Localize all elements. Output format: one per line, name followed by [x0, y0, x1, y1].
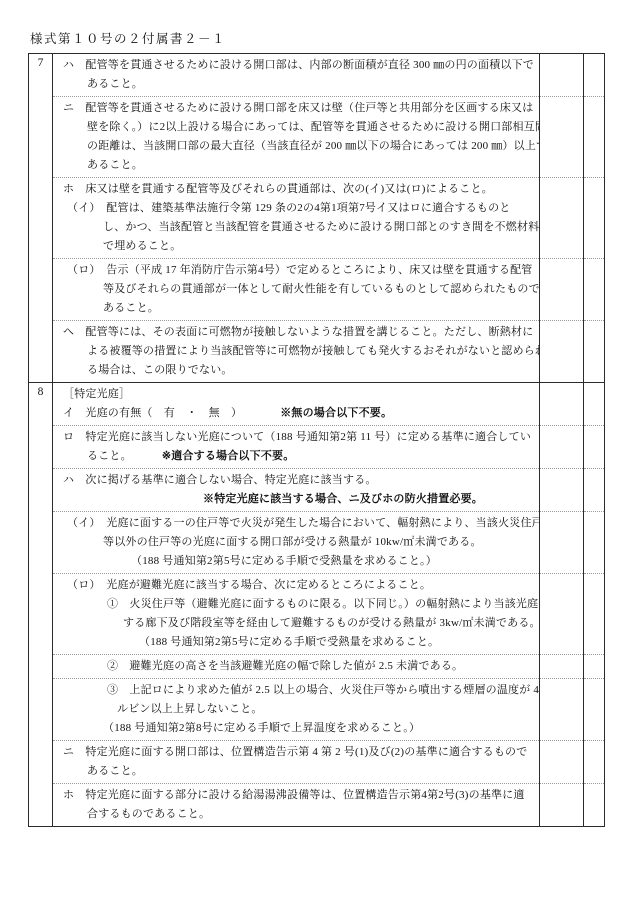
item-number: 7: [29, 54, 53, 383]
table-row: （イ） 光庭に面する一の住戸等で火災が発生した場合において、輻射熱により、当該火…: [29, 512, 605, 574]
content-cell: ニ 配管等を貫通させるために設ける開口部を床又は壁（住戸等と共用部分を区画する床…: [53, 97, 540, 178]
text-line: （イ） 光庭に面する一の住戸等で火災が発生した場合において、輻射熱により、当該火…: [53, 514, 539, 533]
content-cell: ② 避難光庭の高さを当該避難光庭の幅で除した値が 2.5 未満である。: [53, 655, 540, 679]
check-cell: [540, 321, 584, 383]
table-row: （ロ） 告示（平成 17 年消防庁告示第4号）で定めるところにより、床又は壁を貫…: [29, 259, 605, 321]
text-line: あること。: [53, 299, 539, 318]
text-line: （188 号通知第2第5号に定める手順で受熱量を求めること。）: [53, 552, 539, 571]
text-line: ハ 次に掲げる基準に適合しない場合、特定光庭に該当する。: [53, 471, 539, 490]
requirements-table: 7 ハ 配管等を貫通させるために設ける開口部は、内部の断面積が直径 300 ㎜の…: [28, 53, 605, 827]
content-cell: ロ 特定光庭に該当しない光庭について（188 号通知第2第 11 号）に定める基…: [53, 426, 540, 469]
text-line: よる被覆等の措置により当該配管等に可燃物が接触しても発火するおそれがないと認めら…: [53, 342, 539, 361]
text-line: 等以外の住戸等の光庭に面する開口部が受ける熱量が 10kw/㎡未満である。: [53, 533, 539, 552]
text-line: ロ 特定光庭に該当しない光庭について（188 号通知第2第 11 号）に定める基…: [53, 428, 539, 447]
check-cell: [540, 741, 584, 784]
table-row: 8 ［特定光庭］ イ 光庭の有無（ 有 ・ 無 ）※無の場合以下不要。: [29, 383, 605, 426]
check-cell: [584, 97, 605, 178]
text-line: 合するものであること。: [53, 805, 539, 824]
check-cell: [540, 679, 584, 741]
check-cell: [584, 383, 605, 426]
content-cell: ハ 配管等を貫通させるために設ける開口部は、内部の断面積が直径 300 ㎜の円の…: [53, 54, 540, 97]
text-line: あること。: [53, 75, 539, 94]
check-cell: [584, 741, 605, 784]
text-line: 等及びそれらの貫通部が一体として耐火性能を有しているものとして認められたもので: [53, 280, 539, 299]
check-cell: [540, 469, 584, 512]
text-line: ハ 配管等を貫通させるために設ける開口部は、内部の断面積が直径 300 ㎜の円の…: [53, 56, 539, 75]
content-cell: ホ 特定光庭に面する部分に設ける給湯湯沸設備等は、位置構造告示第4第2号(3)の…: [53, 784, 540, 827]
text-line: 壁を除く。）に2以上設ける場合にあっては、配管等を貫通させるために設ける開口部相…: [53, 118, 539, 137]
check-cell: [540, 574, 584, 655]
check-cell: [540, 259, 584, 321]
check-cell: [584, 178, 605, 259]
check-cell: [540, 54, 584, 97]
content-cell: ホ 床又は壁を貫通する配管等及びそれらの貫通部は、次の(イ)又は(ロ)によること…: [53, 178, 540, 259]
bold-note: ※適合する場合以下不要。: [162, 450, 295, 462]
content-cell: ［特定光庭］ イ 光庭の有無（ 有 ・ 無 ）※無の場合以下不要。: [53, 383, 540, 426]
table-row: ② 避難光庭の高さを当該避難光庭の幅で除した値が 2.5 未満である。: [29, 655, 605, 679]
check-cell: [584, 54, 605, 97]
text-line: ホ 特定光庭に面する部分に設ける給湯湯沸設備等は、位置構造告示第4第2号(3)の…: [53, 786, 539, 805]
text-line: ホ 床又は壁を貫通する配管等及びそれらの貫通部は、次の(イ)又は(ロ)によること…: [53, 180, 539, 199]
text-line: （イ） 配管は、建築基準法施行令第 129 条の2の4第1項第7号イ又はロに適合…: [53, 199, 539, 218]
table-row: ヘ 配管等には、その表面に可燃物が接触しないような措置を講じること。ただし、断熱…: [29, 321, 605, 383]
text-line: ニ 特定光庭に面する開口部は、位置構造告示第 4 第 2 号(1)及び(2)の基…: [53, 743, 539, 762]
text-line: ① 火災住戸等（避難光庭に面するものに限る。以下同じ。）の輻射熱により当該光庭に…: [53, 595, 539, 614]
table-row: ホ 特定光庭に面する部分に設ける給湯湯沸設備等は、位置構造告示第4第2号(3)の…: [29, 784, 605, 827]
text-line: あること。: [53, 762, 539, 781]
text-line: あること。: [53, 156, 539, 175]
table-row: ニ 特定光庭に面する開口部は、位置構造告示第 4 第 2 号(1)及び(2)の基…: [29, 741, 605, 784]
text-line: ［特定光庭］: [53, 385, 539, 404]
check-cell: [584, 426, 605, 469]
check-cell: [540, 426, 584, 469]
table-row: ニ 配管等を貫通させるために設ける開口部を床又は壁（住戸等と共用部分を区画する床…: [29, 97, 605, 178]
text-line: ヘ 配管等には、その表面に可燃物が接触しないような措置を講じること。ただし、断熱…: [53, 323, 539, 342]
text-line: ルビン以上上昇しないこと。: [53, 700, 539, 719]
text-line: ③ 上記ロにより求めた値が 2.5 以上の場合、火災住戸等から噴出する煙層の温度…: [53, 681, 539, 700]
content-cell: （イ） 光庭に面する一の住戸等で火災が発生した場合において、輻射熱により、当該火…: [53, 512, 540, 574]
check-cell: [540, 512, 584, 574]
bold-note: ※無の場合以下不要。: [280, 407, 392, 419]
check-cell: [584, 512, 605, 574]
check-cell: [584, 469, 605, 512]
check-cell: [584, 259, 605, 321]
check-cell: [540, 655, 584, 679]
table-row: ロ 特定光庭に該当しない光庭について（188 号通知第2第 11 号）に定める基…: [29, 426, 605, 469]
text-segment: イ 光庭の有無（ 有 ・ 無 ）: [63, 407, 242, 419]
text-line: （ロ） 告示（平成 17 年消防庁告示第4号）で定めるところにより、床又は壁を貫…: [53, 261, 539, 280]
table-row: ③ 上記ロにより求めた値が 2.5 以上の場合、火災住戸等から噴出する煙層の温度…: [29, 679, 605, 741]
text-line: し、かつ、当該配管と当該配管を貫通させるために設ける開口部とのすき間を不燃材料: [53, 218, 539, 237]
text-line: ② 避難光庭の高さを当該避難光庭の幅で除した値が 2.5 未満である。: [53, 657, 539, 676]
check-cell: [540, 97, 584, 178]
check-cell: [540, 383, 584, 426]
table-row: ホ 床又は壁を貫通する配管等及びそれらの貫通部は、次の(イ)又は(ロ)によること…: [29, 178, 605, 259]
item-number: 8: [29, 383, 53, 827]
check-cell: [584, 784, 605, 827]
text-line: の距離は、当該開口部の最大直径（当該直径が 200 ㎜以下の場合にあっては 20…: [53, 137, 539, 156]
text-segment: ること。: [87, 450, 132, 462]
text-line: イ 光庭の有無（ 有 ・ 無 ）※無の場合以下不要。: [53, 404, 539, 423]
check-cell: [584, 655, 605, 679]
check-cell: [540, 784, 584, 827]
form-title: 様式第１０号の２付属書２－１: [30, 29, 226, 47]
table-row: 7 ハ 配管等を貫通させるために設ける開口部は、内部の断面積が直径 300 ㎜の…: [29, 54, 605, 97]
bold-note: ※特定光庭に該当する場合、ニ及びホの防火措置必要。: [53, 490, 539, 509]
table-row: ハ 次に掲げる基準に適合しない場合、特定光庭に該当する。 ※特定光庭に該当する場…: [29, 469, 605, 512]
content-cell: ニ 特定光庭に面する開口部は、位置構造告示第 4 第 2 号(1)及び(2)の基…: [53, 741, 540, 784]
check-cell: [584, 321, 605, 383]
content-cell: （ロ） 光庭が避難光庭に該当する場合、次に定めるところによること。 ① 火災住戸…: [53, 574, 540, 655]
text-line: ること。※適合する場合以下不要。: [53, 447, 539, 466]
text-line: で埋めること。: [53, 237, 539, 256]
text-line: ニ 配管等を貫通させるために設ける開口部を床又は壁（住戸等と共用部分を区画する床…: [53, 99, 539, 118]
text-line: する廊下及び階段室等を経由して避難するものが受ける熱量が 3kw/㎡未満である。: [53, 614, 539, 633]
text-line: る場合は、この限りでない。: [53, 361, 539, 380]
text-line: （188 号通知第2第5号に定める手順で受熱量を求めること。: [53, 633, 539, 652]
content-cell: ③ 上記ロにより求めた値が 2.5 以上の場合、火災住戸等から噴出する煙層の温度…: [53, 679, 540, 741]
check-cell: [584, 679, 605, 741]
document-page: { "page": { "title": "様式第１０号の２付属書２－１" },…: [0, 0, 630, 903]
content-cell: ヘ 配管等には、その表面に可燃物が接触しないような措置を講じること。ただし、断熱…: [53, 321, 540, 383]
content-cell: ハ 次に掲げる基準に適合しない場合、特定光庭に該当する。 ※特定光庭に該当する場…: [53, 469, 540, 512]
text-line: （188 号通知第2第8号に定める手順で上昇温度を求めること。）: [53, 719, 539, 738]
content-cell: （ロ） 告示（平成 17 年消防庁告示第4号）で定めるところにより、床又は壁を貫…: [53, 259, 540, 321]
check-cell: [584, 574, 605, 655]
table-row: （ロ） 光庭が避難光庭に該当する場合、次に定めるところによること。 ① 火災住戸…: [29, 574, 605, 655]
text-line: （ロ） 光庭が避難光庭に該当する場合、次に定めるところによること。: [53, 576, 539, 595]
check-cell: [540, 178, 584, 259]
